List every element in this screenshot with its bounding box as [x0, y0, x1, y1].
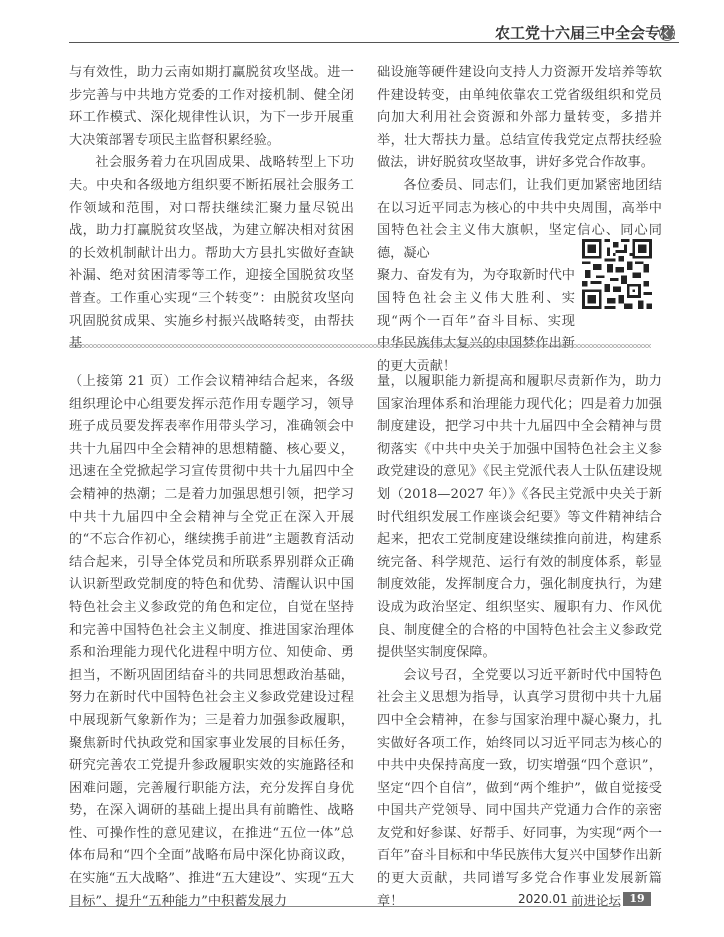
paragraph-beside-qr: 聚力、奋发有为，为夺取新时代中国特色社会主义伟大胜利、实现“两个一百年”奋斗目标… — [377, 265, 575, 378]
bottom-left-column: （上接第 21 页）工作会议精神结合起来，各级组织理论中心组要发挥示范作用专题学… — [69, 371, 354, 913]
qr-code-icon — [582, 239, 652, 309]
paragraph: （上接第 21 页）工作会议精神结合起来，各级组织理论中心组要发挥示范作用专题学… — [69, 371, 354, 913]
section-divider — [69, 344, 651, 348]
paragraph: 社会服务着力在巩固成果、战略转型上下功夫。中央和各级地方组织要不断拓展社会服务工… — [69, 152, 354, 355]
circle-back-arrow-icon — [659, 25, 675, 41]
paragraph: 础设施等硬件建设向支持人力资源开发培养等软件建设转变，由单纯依靠农工党省级组织和… — [377, 62, 662, 175]
page-number: 19 — [623, 892, 651, 906]
column-title: 农工党十六届三中全会专栏 — [495, 22, 675, 43]
bottom-right-column: 量，以履职能力新提高和履职尽责新作为，助力国家治理体系和治理能力现代化；四是着力… — [377, 371, 662, 913]
paragraph: 量，以履职能力新提高和履职尽责新作为，助力国家治理体系和治理能力现代化；四是着力… — [377, 371, 662, 665]
issue-date: 2020.01 — [518, 892, 568, 906]
top-right-column: 础设施等硬件建设向支持人力资源开发培养等软件建设转变，由单纯依靠农工党省级组织和… — [377, 62, 662, 378]
magazine-name: 前进论坛 — [571, 891, 621, 909]
header-rule — [69, 42, 679, 43]
top-left-column: 与有效性，助力云南如期打赢脱贫攻坚战。进一步完善与中共地方党委的工作对接机制、健… — [69, 62, 354, 356]
paragraph: 与有效性，助力云南如期打赢脱贫攻坚战。进一步完善与中共地方党委的工作对接机制、健… — [69, 62, 354, 152]
paragraph: 会议号召，全党要以习近平新时代中国特色社会主义思想为指导，认真学习贯彻中共十九届… — [377, 665, 662, 914]
footer-rule — [69, 906, 620, 907]
